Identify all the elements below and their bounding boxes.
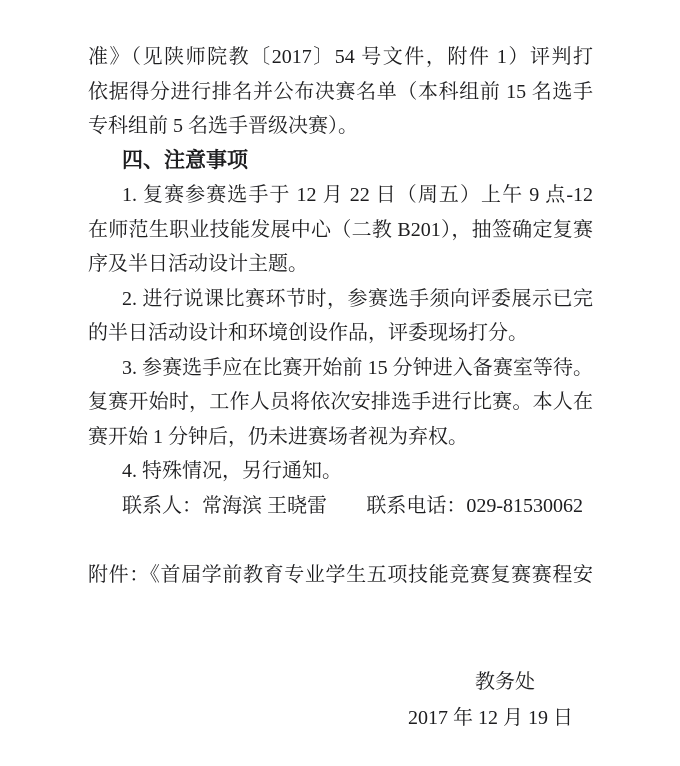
attachment-line: 附件：《首届学前教育专业学生五项技能竞赛复赛赛程安排》 (88, 558, 593, 593)
note-3-line-2: 复赛开始时，工作人员将依次安排选手进行比赛。本人在比 (88, 385, 593, 420)
note-1-line-3: 序及半日活动设计主题。 (88, 247, 593, 282)
blank-space (88, 593, 593, 665)
contact-person: 联系人：常海滨 王晓雷 (122, 489, 327, 524)
note-1-line-1: 1. 复赛参赛选手于 12 月 22 日（周五）上午 9 点-12 点， (88, 178, 593, 213)
contact-line: 联系人：常海滨 王晓雷 联系电话：029-81530062 (88, 489, 593, 524)
blank-line (88, 523, 593, 558)
document-page: 准》（见陕师院教〔2017〕54 号文件，附件 1）评判打分， 依据得分进行排名… (0, 0, 680, 766)
para-judging-line-1: 准》（见陕师院教〔2017〕54 号文件，附件 1）评判打分， (88, 40, 593, 75)
contact-phone: 联系电话：029-81530062 (366, 489, 583, 524)
note-2-line-1: 2. 进行说课比赛环节时，参赛选手须向评委展示已完成 (88, 282, 593, 317)
document-body: 准》（见陕师院教〔2017〕54 号文件，附件 1）评判打分， 依据得分进行排名… (88, 40, 593, 736)
note-2-line-2: 的半日活动设计和环境创设作品，评委现场打分。 (88, 316, 593, 351)
note-4-line: 4. 特殊情况，另行通知。 (88, 454, 593, 489)
para-judging-line-3: 专科组前 5 名选手晋级决赛）。 (88, 109, 593, 144)
note-3-line-1: 3. 参赛选手应在比赛开始前 15 分钟进入备赛室等待。 (88, 351, 593, 386)
section-heading: 四、注意事项 (88, 144, 593, 179)
note-1-line-2: 在师范生职业技能发展中心（二教 B201），抽签确定复赛顺 (88, 213, 593, 248)
para-judging-line-2: 依据得分进行排名并公布决赛名单（本科组前 15 名选手和 (88, 75, 593, 110)
signature-date: 2017 年 12 月 19 日 (88, 701, 593, 736)
note-3-line-3: 赛开始 1 分钟后，仍未进赛场者视为弃权。 (88, 420, 593, 455)
signature-department: 教务处 (88, 665, 593, 700)
